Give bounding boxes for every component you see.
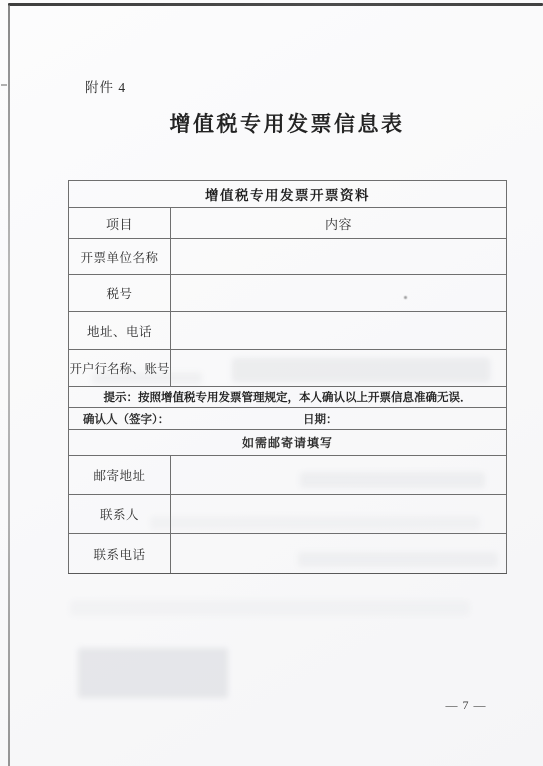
row-label-bank-account: 开户行名称、账号 <box>69 350 171 387</box>
table-row: 开户行名称、账号 <box>69 350 507 387</box>
confirm-signature-label: 确认人（签字）： <box>69 414 169 426</box>
notice-row: 提示：按照增值税专用发票管理规定，本人确认以上开票信息准确无误． <box>69 387 507 408</box>
row-value-bank-account <box>171 350 507 387</box>
row-value-contact-person <box>171 495 507 534</box>
ghost-smudge <box>78 648 228 698</box>
mailing-section-row: 如需邮寄请填写 <box>69 430 507 456</box>
row-label-mailing-address: 邮寄地址 <box>69 456 171 495</box>
scan-mark-artifact <box>1 84 7 86</box>
table-header-row: 增值税专用发票开票资料 <box>69 181 507 208</box>
row-label-address-phone: 地址、电话 <box>69 312 171 350</box>
row-value-tax-number <box>171 275 507 312</box>
table-row: 联系电话 <box>69 534 507 574</box>
confirm-row: 确认人（签字）： 日期： <box>69 408 507 430</box>
row-value-contact-phone <box>171 534 507 574</box>
invoice-info-table: 增值税专用发票开票资料 项目 内容 开票单位名称 税号 地址、电话 开户行名称、… <box>68 180 507 574</box>
row-value-unit-name <box>171 239 507 275</box>
column-header-content: 内容 <box>171 208 507 239</box>
table-row: 邮寄地址 <box>69 456 507 495</box>
row-value-address-phone <box>171 312 507 350</box>
table-title: 增值税专用发票开票资料 <box>69 181 507 208</box>
table-row: 税号 <box>69 275 507 312</box>
column-header-row: 项目 内容 <box>69 208 507 239</box>
attachment-label: 附件 4 <box>85 76 126 96</box>
scanned-page: 附件 4 增值税专用发票信息表 增值税专用发票开票资料 项目 内容 开票单位名称… <box>0 0 543 766</box>
scan-dot-artifact <box>404 296 407 299</box>
date-label: 日期： <box>303 411 338 427</box>
row-label-tax-number: 税号 <box>69 275 171 312</box>
page-number: — 7 — <box>430 698 502 713</box>
ghost-smudge <box>70 600 470 616</box>
confirm-cell: 确认人（签字）： 日期： <box>69 408 507 430</box>
row-label-unit-name: 开票单位名称 <box>69 239 171 275</box>
table-row: 联系人 <box>69 495 507 534</box>
table-row: 开票单位名称 <box>69 239 507 275</box>
notice-text: 提示：按照增值税专用发票管理规定，本人确认以上开票信息准确无误． <box>69 387 507 408</box>
row-label-contact-person: 联系人 <box>69 495 171 534</box>
column-header-item: 项目 <box>69 208 171 239</box>
page-title: 增值税专用发票信息表 <box>68 108 506 138</box>
scan-edge-left-artifact <box>8 5 10 766</box>
mailing-section-title: 如需邮寄请填写 <box>69 430 507 456</box>
row-value-mailing-address <box>171 456 507 495</box>
scan-edge-top-artifact <box>8 3 543 6</box>
row-label-contact-phone: 联系电话 <box>69 534 171 574</box>
table-row: 地址、电话 <box>69 312 507 350</box>
